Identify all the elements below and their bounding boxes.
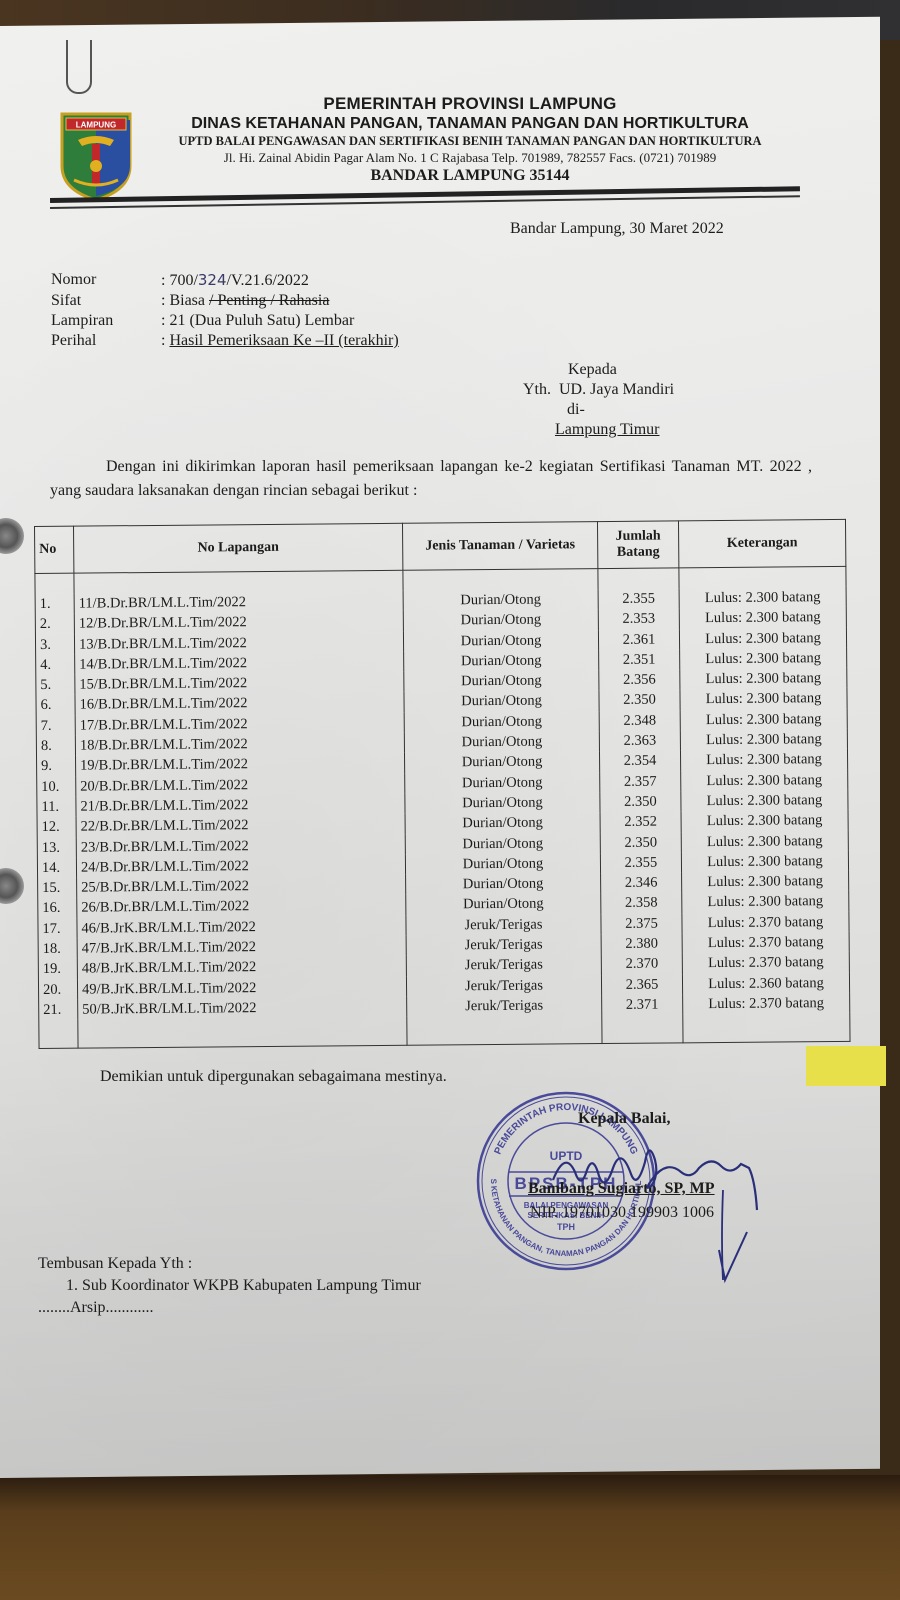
row-no: 5.	[36, 675, 75, 696]
row-jenis: Durian/Otong	[404, 711, 599, 733]
row-jumlah: 2.365	[601, 974, 682, 995]
row-jumlah: 2.348	[599, 710, 680, 731]
row-no: 20.	[38, 979, 77, 1000]
row-jumlah: 2.356	[599, 670, 680, 691]
letter-date: Bandar Lampung, 30 Maret 2022	[510, 220, 724, 238]
row-lapangan: 26/B.Dr.BR/LM.L.Tim/2022	[77, 895, 406, 918]
letterhead-city: BANDAR LAMPUNG 35144	[140, 167, 800, 185]
row-jenis: Durian/Otong	[405, 812, 600, 834]
row-no: 19.	[38, 959, 77, 980]
row-no: 7.	[36, 715, 75, 736]
row-jumlah: 2.355	[600, 852, 681, 873]
inspection-table: No No Lapangan Jenis Tanaman / Varietas …	[34, 519, 851, 1049]
row-jenis: Durian/Otong	[404, 670, 599, 692]
row-jenis: Durian/Otong	[405, 772, 600, 794]
row-keterangan: Lulus: 2.360 batang	[682, 973, 849, 995]
row-no: 21.	[39, 1000, 78, 1021]
row-lapangan: 13/B.Dr.BR/LM.L.Tim/2022	[74, 631, 403, 654]
lampiran-value: : 21 (Dua Puluh Satu) Lembar	[161, 311, 354, 331]
sifat-label: Sifat	[51, 291, 161, 311]
row-jumlah: 2.350	[599, 690, 680, 711]
row-jenis: Jeruk/Terigas	[407, 995, 602, 1017]
row-jumlah: 2.346	[601, 873, 682, 894]
row-lapangan: 16/B.Dr.BR/LM.L.Tim/2022	[75, 692, 404, 715]
row-jumlah: 2.353	[598, 609, 679, 630]
perihal-value: : Hasil Pemeriksaan Ke –II (terakhir)	[161, 331, 399, 351]
row-keterangan: Lulus: 2.370 batang	[683, 993, 850, 1015]
row-jenis: Durian/Otong	[406, 873, 601, 895]
recipient-di: di-	[523, 400, 674, 420]
row-no: 14.	[37, 858, 76, 879]
row-keterangan: Lulus: 2.300 batang	[680, 648, 847, 670]
row-jenis: Durian/Otong	[404, 691, 599, 713]
row-lapangan: 25/B.Dr.BR/LM.L.Tim/2022	[77, 875, 406, 898]
row-keterangan: Lulus: 2.300 batang	[681, 790, 848, 812]
lampiran-label: Lampiran	[51, 311, 161, 331]
row-no: 17.	[38, 918, 77, 939]
nomor-label: Nomor	[51, 270, 161, 291]
row-jenis: Durian/Otong	[404, 731, 599, 753]
row-lapangan: 23/B.Dr.BR/LM.L.Tim/2022	[76, 834, 405, 857]
row-jumlah: 2.380	[601, 933, 682, 954]
row-keterangan: Lulus: 2.300 batang	[681, 830, 848, 852]
row-jumlah: 2.370	[601, 954, 682, 975]
row-lapangan: 12/B.Dr.BR/LM.L.Tim/2022	[74, 611, 403, 634]
row-jenis: Jeruk/Terigas	[406, 954, 601, 976]
tembusan-item: 1. Sub Koordinator WKPB Kabupaten Lampun…	[38, 1275, 421, 1297]
row-no: 9.	[37, 756, 76, 777]
row-no: 18.	[38, 939, 77, 960]
row-jenis: Durian/Otong	[406, 894, 601, 916]
row-keterangan: Lulus: 2.370 batang	[682, 912, 849, 934]
tembusan-title: Tembusan Kepada Yth :	[38, 1253, 421, 1275]
row-no: 13.	[37, 837, 76, 858]
letterhead: PEMERINTAH PROVINSI LAMPUNG DINAS KETAHA…	[140, 94, 800, 185]
row-no: 8.	[36, 736, 75, 757]
letter-meta: Nomor : 700/324/V.21.6/2022 Sifat : Bias…	[51, 270, 399, 351]
row-no: 15.	[38, 878, 77, 899]
row-no: 10.	[37, 776, 76, 797]
row-lapangan: 18/B.Dr.BR/LM.L.Tim/2022	[75, 733, 404, 756]
row-jenis: Durian/Otong	[405, 853, 600, 875]
row-no: 12.	[37, 817, 76, 838]
header-no: No	[35, 526, 74, 573]
row-keterangan: Lulus: 2.300 batang	[681, 810, 848, 832]
row-jumlah: 2.352	[600, 812, 681, 833]
row-jumlah: 2.354	[599, 751, 680, 772]
closing-text: Demikian untuk dipergunakan sebagaimana …	[100, 1068, 447, 1086]
header-keterangan: Keterangan	[678, 519, 845, 567]
background-bottom	[0, 1475, 900, 1600]
row-lapangan: 21/B.Dr.BR/LM.L.Tim/2022	[76, 794, 405, 817]
recipient-kepada: Kepada	[523, 360, 674, 380]
row-lapangan: 49/B.JrK.BR/LM.L.Tim/2022	[77, 976, 406, 999]
lampung-emblem-icon: LAMPUNG	[58, 110, 134, 202]
tembusan-arsip: ........Arsip............	[38, 1297, 421, 1319]
row-jenis: Durian/Otong	[405, 792, 600, 814]
row-keterangan: Lulus: 2.300 batang	[680, 749, 847, 771]
row-jumlah: 2.355	[598, 588, 679, 609]
row-jumlah: 2.375	[601, 913, 682, 934]
row-jenis: Jeruk/Terigas	[406, 975, 601, 997]
row-no: 11.	[37, 797, 76, 818]
row-jumlah: 2.350	[600, 832, 681, 853]
letterhead-address: Jl. Hi. Zainal Abidin Pagar Alam No. 1 C…	[140, 150, 800, 166]
letter-body: Dengan ini dikirimkan laporan hasil peme…	[50, 455, 812, 503]
row-keterangan: Lulus: 2.300 batang	[679, 607, 846, 629]
row-no: 1.	[35, 594, 74, 615]
letterhead-unit: UPTD BALAI PENGAWASAN DAN SERTIFIKASI BE…	[140, 134, 800, 149]
row-keterangan: Lulus: 2.300 batang	[681, 851, 848, 873]
handwritten-signature-icon	[535, 1120, 765, 1290]
row-keterangan: Lulus: 2.300 batang	[679, 587, 846, 609]
row-jenis: Durian/Otong	[403, 630, 598, 652]
header-jenis: Jenis Tanaman / Varietas	[402, 522, 597, 571]
row-jumlah: 2.351	[599, 649, 680, 670]
tembusan-block: Tembusan Kepada Yth : 1. Sub Koordinator…	[38, 1253, 421, 1319]
row-keterangan: Lulus: 2.300 batang	[679, 628, 846, 650]
nomor-value: : 700/324/V.21.6/2022	[161, 270, 309, 291]
row-lapangan: 17/B.Dr.BR/LM.L.Tim/2022	[75, 713, 404, 736]
row-lapangan: 14/B.Dr.BR/LM.L.Tim/2022	[75, 652, 404, 675]
row-keterangan: Lulus: 2.370 batang	[682, 952, 849, 974]
row-jenis: Jeruk/Terigas	[406, 934, 601, 956]
row-jenis: Durian/Otong	[404, 650, 599, 672]
row-lapangan: 15/B.Dr.BR/LM.L.Tim/2022	[75, 672, 404, 695]
recipient-block: Kepada Yth. UD. Jaya Mandiri di- Lampung…	[523, 360, 674, 440]
header-lapangan: No Lapangan	[74, 523, 403, 573]
body-paragraph: Dengan ini dikirimkan laporan hasil peme…	[50, 455, 812, 503]
row-lapangan: 19/B.Dr.BR/LM.L.Tim/2022	[76, 753, 405, 776]
header-jumlah: Jumlah Batang	[597, 521, 678, 569]
row-jumlah: 2.361	[598, 629, 679, 650]
row-no: 6.	[36, 695, 75, 716]
row-lapangan: 11/B.Dr.BR/LM.L.Tim/2022	[74, 591, 403, 614]
row-jenis: Jeruk/Terigas	[406, 914, 601, 936]
row-keterangan: Lulus: 2.300 batang	[680, 668, 847, 690]
row-lapangan: 48/B.JrK.BR/LM.L.Tim/2022	[77, 956, 406, 979]
row-jenis: Durian/Otong	[404, 751, 599, 773]
letterhead-agency: DINAS KETAHANAN PANGAN, TANAMAN PANGAN D…	[140, 115, 800, 133]
row-lapangan: 47/B.JrK.BR/LM.L.Tim/2022	[77, 936, 406, 959]
sticky-note	[806, 1046, 886, 1086]
row-keterangan: Lulus: 2.300 batang	[680, 688, 847, 710]
row-lapangan: 50/B.JrK.BR/LM.L.Tim/2022	[78, 997, 407, 1020]
row-jenis: Durian/Otong	[403, 609, 598, 631]
row-no: 16.	[38, 898, 77, 919]
row-jumlah: 2.350	[600, 791, 681, 812]
row-lapangan: 20/B.Dr.BR/LM.L.Tim/2022	[76, 773, 405, 796]
letterhead-government: PEMERINTAH PROVINSI LAMPUNG	[140, 94, 800, 114]
row-lapangan: 22/B.Dr.BR/LM.L.Tim/2022	[76, 814, 405, 837]
perihal-label: Perihal	[51, 331, 161, 351]
svg-text:LAMPUNG: LAMPUNG	[76, 121, 116, 130]
row-jumlah: 2.371	[602, 994, 683, 1015]
row-jumlah: 2.357	[600, 771, 681, 792]
recipient-place: Lampung Timur	[523, 420, 674, 440]
row-lapangan: 46/B.JrK.BR/LM.L.Tim/2022	[77, 916, 406, 939]
sifat-value: : Biasa / Penting / Rahasia	[161, 291, 329, 311]
row-jenis: Durian/Otong	[403, 589, 598, 611]
row-jumlah: 2.358	[601, 893, 682, 914]
row-jumlah: 2.363	[599, 730, 680, 751]
row-keterangan: Lulus: 2.370 batang	[682, 932, 849, 954]
handwritten-number: 324	[198, 271, 227, 289]
row-jenis: Durian/Otong	[405, 833, 600, 855]
row-keterangan: Lulus: 2.300 batang	[682, 891, 849, 913]
row-keterangan: Lulus: 2.300 batang	[682, 871, 849, 893]
row-no: 2.	[35, 614, 74, 635]
paper-clip	[66, 40, 92, 94]
row-keterangan: Lulus: 2.300 batang	[681, 770, 848, 792]
row-lapangan: 24/B.Dr.BR/LM.L.Tim/2022	[76, 855, 405, 878]
row-no: 4.	[36, 655, 75, 676]
row-no: 3.	[35, 634, 74, 655]
recipient-name-line: Yth. UD. Jaya Mandiri	[523, 380, 674, 400]
row-keterangan: Lulus: 2.300 batang	[680, 709, 847, 731]
row-keterangan: Lulus: 2.300 batang	[680, 729, 847, 751]
